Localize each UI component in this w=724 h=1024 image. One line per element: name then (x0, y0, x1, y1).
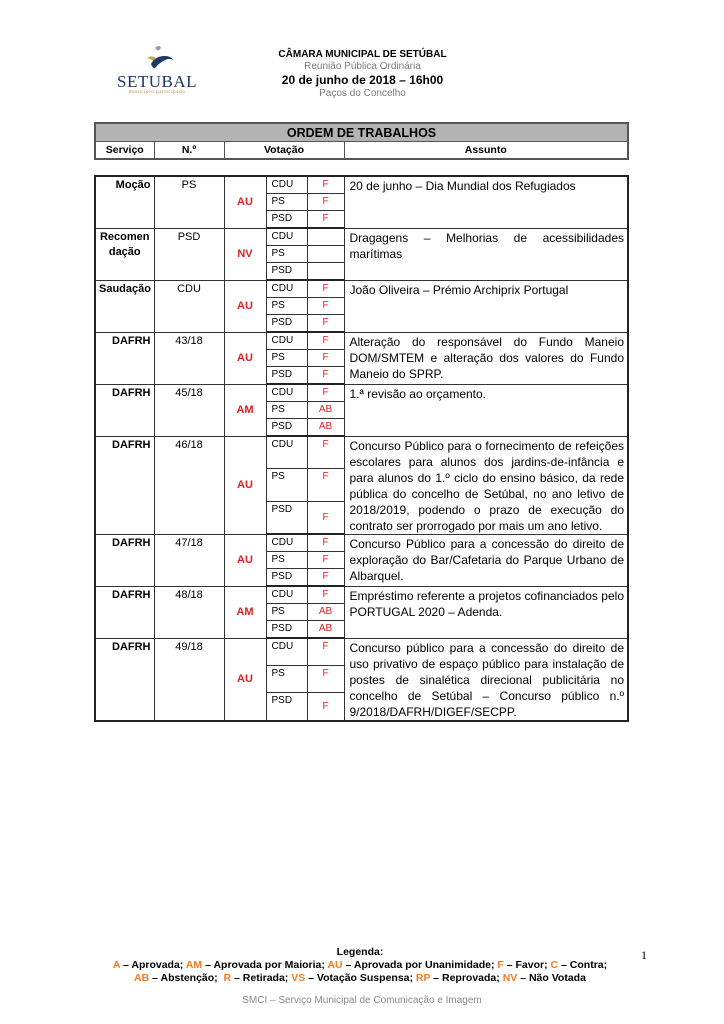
servico-cell: Moção (95, 176, 154, 228)
legend-line-2: AB – Abstenção; R – Retirada; VS – Votaç… (80, 972, 640, 985)
party-cell: PSD (266, 263, 307, 281)
setubal-logo: SETUBAL município participado (112, 44, 202, 102)
institution-name: CÂMARA MUNICIPAL DE SETÚBAL (240, 48, 485, 61)
assunto-cell: Empréstimo referente a projetos cofinanc… (344, 586, 628, 638)
numero-cell: PSD (154, 228, 224, 280)
resultado-badge: AM (224, 384, 266, 436)
agenda-row: RecomendaçãoPSDNVCDUDragagens – Melhoria… (95, 228, 628, 246)
meeting-date: 20 de junho de 2018 – 16h00 (240, 73, 485, 88)
vote-cell (307, 228, 344, 246)
agenda-row: SaudaçãoCDUAUCDUFJoão Oliveira – Prémio … (95, 280, 628, 298)
numero-cell: 48/18 (154, 586, 224, 638)
resultado-badge: AU (224, 280, 266, 332)
legend-code: AU (327, 959, 342, 971)
legend-code: RP (416, 972, 430, 984)
legend-code: R (224, 972, 232, 984)
resultado-badge: AU (224, 332, 266, 384)
legend-code: VS (291, 972, 305, 984)
agenda-row: DAFRH47/18AUCDUFConcurso Público para a … (95, 534, 628, 552)
vote-cell: AB (307, 621, 344, 639)
assunto-cell: Concurso público para a concessão do dir… (344, 638, 628, 721)
vote-cell: F (307, 367, 344, 385)
resultado-badge: AU (224, 638, 266, 721)
column-header-votacao: Votação (224, 142, 344, 160)
resultado-badge: AU (224, 534, 266, 586)
party-cell: PS (266, 402, 307, 419)
numero-cell: 43/18 (154, 332, 224, 384)
assunto-cell: Alteração do responsável do Fundo Maneio… (344, 332, 628, 384)
agenda-row: DAFRH49/18AUCDUFConcurso público para a … (95, 638, 628, 666)
numero-cell: 46/18 (154, 436, 224, 534)
vote-cell: F (307, 436, 344, 469)
page-number: 1 (641, 948, 647, 963)
legend-description: – Aprovada por Maioria; (202, 959, 327, 971)
vote-cell: F (307, 552, 344, 569)
legend-code: AB (134, 972, 149, 984)
assunto-cell: Concurso Público para o fornecimento de … (344, 436, 628, 534)
legend-description: – Aprovada; (120, 959, 186, 971)
vote-cell: F (307, 666, 344, 693)
legend-title: Legenda: (80, 946, 640, 959)
party-cell: CDU (266, 228, 307, 246)
fountain-logo-icon (137, 44, 177, 74)
vote-cell: F (307, 384, 344, 402)
servico-cell: DAFRH (95, 534, 154, 586)
vote-cell: F (307, 501, 344, 534)
party-cell: PS (266, 552, 307, 569)
meeting-type: Reunião Pública Ordinária (240, 61, 485, 73)
party-cell: PSD (266, 419, 307, 437)
document-header: CÂMARA MUNICIPAL DE SETÚBAL Reunião Públ… (240, 48, 485, 100)
servico-cell: DAFRH (95, 332, 154, 384)
party-cell: CDU (266, 586, 307, 604)
party-cell: PS (266, 469, 307, 501)
vote-cell: F (307, 298, 344, 315)
agenda-table: MoçãoPSAUCDUF20 de junho – Dia Mundial d… (94, 175, 629, 722)
legend-description: – Favor; (504, 959, 551, 971)
vote-cell: F (307, 280, 344, 298)
party-cell: PSD (266, 621, 307, 639)
assunto-cell: Concurso Público para a concessão do dir… (344, 534, 628, 586)
party-cell: PS (266, 350, 307, 367)
vote-cell: AB (307, 402, 344, 419)
party-cell: PS (266, 666, 307, 693)
vote-cell: F (307, 469, 344, 501)
party-cell: PS (266, 194, 307, 211)
legend: Legenda: A – Aprovada; AM – Aprovada por… (80, 946, 640, 985)
vote-cell: F (307, 586, 344, 604)
servico-cell: DAFRH (95, 638, 154, 721)
numero-cell: 47/18 (154, 534, 224, 586)
column-header-numero: N.º (154, 142, 224, 160)
vote-cell: F (307, 211, 344, 229)
party-cell: PS (266, 246, 307, 263)
legend-code: AM (186, 959, 202, 971)
servico-cell: Recomendação (95, 228, 154, 280)
logo-name: SETUBAL (112, 73, 202, 90)
legend-description: – Não Votada (517, 972, 586, 984)
servico-cell: Saudação (95, 280, 154, 332)
vote-cell: AB (307, 604, 344, 621)
legend-line-1: A – Aprovada; AM – Aprovada por Maioria;… (80, 959, 640, 972)
legend-description: – Retirada; (231, 972, 291, 984)
assunto-cell: Dragagens – Melhorias de acessibilidades… (344, 228, 628, 280)
numero-cell: 49/18 (154, 638, 224, 721)
party-cell: CDU (266, 534, 307, 552)
legend-code: C (551, 959, 559, 971)
party-cell: CDU (266, 638, 307, 666)
legend-description: – Votação Suspensa; (305, 972, 416, 984)
agenda-header-table: ORDEM DE TRABALHOS Serviço N.º Votação A… (94, 122, 629, 160)
legend-description: – Reprovada; (430, 972, 502, 984)
legend-description: – Aprovada por Unanimidade; (343, 959, 498, 971)
servico-cell: DAFRH (95, 586, 154, 638)
party-cell: PSD (266, 569, 307, 587)
vote-cell: F (307, 194, 344, 211)
party-cell: PS (266, 298, 307, 315)
vote-cell: F (307, 315, 344, 333)
vote-cell: F (307, 176, 344, 194)
party-cell: PSD (266, 501, 307, 534)
party-cell: CDU (266, 436, 307, 469)
agenda-row: MoçãoPSAUCDUF20 de junho – Dia Mundial d… (95, 176, 628, 194)
legend-code: NV (503, 972, 518, 984)
servico-cell: DAFRH (95, 436, 154, 534)
party-cell: CDU (266, 332, 307, 350)
vote-cell: AB (307, 419, 344, 437)
party-cell: PSD (266, 315, 307, 333)
footer-text: SMCI – Serviço Municipal de Comunicação … (0, 995, 724, 1006)
vote-cell: F (307, 534, 344, 552)
vote-cell: F (307, 638, 344, 666)
assunto-cell: 1.ª revisão ao orçamento. (344, 384, 628, 436)
party-cell: CDU (266, 176, 307, 194)
legend-description: – Abstenção; (149, 972, 223, 984)
agenda-row: DAFRH48/18AMCDUFEmpréstimo referente a p… (95, 586, 628, 604)
assunto-cell: 20 de junho – Dia Mundial dos Refugiados (344, 176, 628, 228)
party-cell: CDU (266, 384, 307, 402)
servico-cell: DAFRH (95, 384, 154, 436)
column-header-assunto: Assunto (344, 142, 628, 160)
party-cell: PSD (266, 693, 307, 721)
vote-cell: F (307, 693, 344, 721)
resultado-badge: AM (224, 586, 266, 638)
resultado-badge: AU (224, 436, 266, 534)
numero-cell: 45/18 (154, 384, 224, 436)
vote-cell (307, 246, 344, 263)
vote-cell: F (307, 350, 344, 367)
vote-cell: F (307, 332, 344, 350)
legend-code: A (113, 959, 120, 971)
party-cell: PS (266, 604, 307, 621)
column-header-servico: Serviço (95, 142, 154, 160)
numero-cell: PS (154, 176, 224, 228)
numero-cell: CDU (154, 280, 224, 332)
agenda-row: DAFRH43/18AUCDUFAlteração do responsável… (95, 332, 628, 350)
resultado-badge: NV (224, 228, 266, 280)
legend-description: – Contra; (558, 959, 607, 971)
resultado-badge: AU (224, 176, 266, 228)
vote-cell (307, 263, 344, 281)
agenda-row: DAFRH45/18AMCDUF1.ª revisão ao orçamento… (95, 384, 628, 402)
agenda-title: ORDEM DE TRABALHOS (95, 123, 628, 142)
party-cell: PSD (266, 211, 307, 229)
party-cell: PSD (266, 367, 307, 385)
party-cell: CDU (266, 280, 307, 298)
vote-cell: F (307, 569, 344, 587)
assunto-cell: João Oliveira – Prémio Archiprix Portuga… (344, 280, 628, 332)
meeting-location: Paços do Concelho (240, 88, 485, 100)
agenda-row: DAFRH46/18AUCDUFConcurso Público para o … (95, 436, 628, 469)
